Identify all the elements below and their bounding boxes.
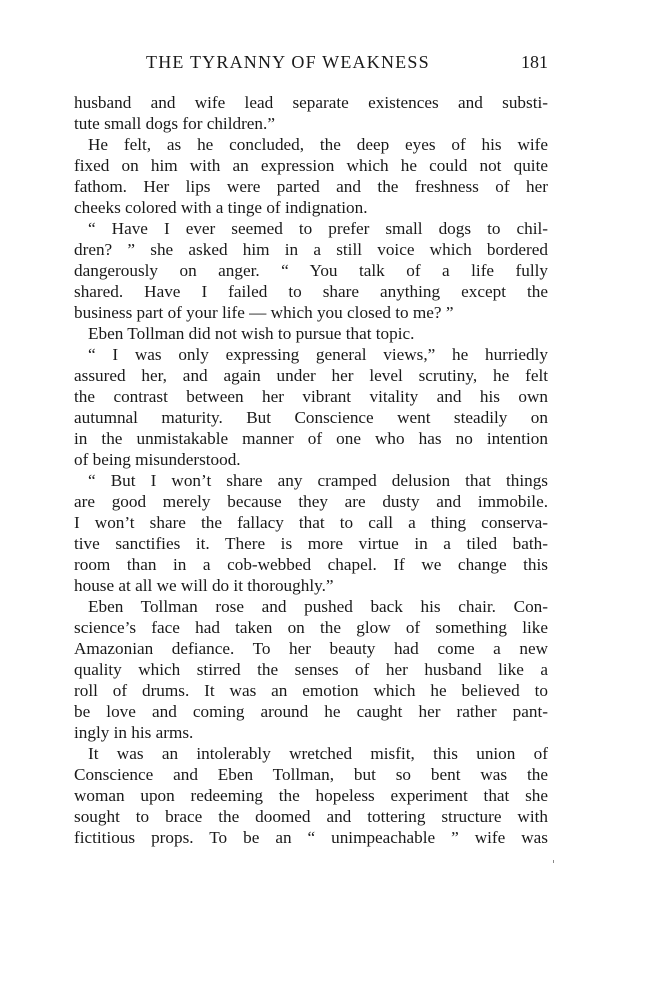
text-line: assured her, and again under her level s… (74, 365, 548, 386)
text-line: room than in a cob-webbed chapel. If we … (74, 554, 548, 575)
text-line: cheeks colored with a tinge of indignati… (74, 197, 548, 218)
page-header: THE TYRANNY OF WEAKNESS 181 (74, 52, 548, 76)
text-line: house at all we will do it thoroughly.” (74, 575, 548, 596)
text-line: “ But I won’t share any cramped delusion… (74, 470, 548, 491)
text-line: “ Have I ever seemed to prefer small dog… (74, 218, 548, 239)
text-line: It was an intolerably wretched misfit, t… (74, 743, 548, 764)
text-line: Eben Tollman did not wish to pursue that… (74, 323, 548, 344)
text-line: science’s face had taken on the glow of … (74, 617, 548, 638)
text-line: quality which stirred the senses of her … (74, 659, 548, 680)
text-line: I won’t share the fallacy that to call a… (74, 512, 548, 533)
text-line: dren? ” she asked him in a still voice w… (74, 239, 548, 260)
book-page: THE TYRANNY OF WEAKNESS 181 husband and … (0, 0, 664, 1000)
text-line: Eben Tollman rose and pushed back his ch… (74, 596, 548, 617)
text-line: tive sanctifies it. There is more virtue… (74, 533, 548, 554)
text-line: fathom. Her lips were parted and the fre… (74, 176, 548, 197)
scan-speck (553, 860, 554, 863)
text-line: business part of your life — which you c… (74, 302, 548, 323)
text-line: ingly in his arms. (74, 722, 548, 743)
text-line: “ I was only expressing general views,” … (74, 344, 548, 365)
text-line: husband and wife lead separate existence… (74, 92, 548, 113)
text-line: shared. Have I failed to share anything … (74, 281, 548, 302)
text-line: woman upon redeeming the hopeless experi… (74, 785, 548, 806)
text-line: in the unmistakable manner of one who ha… (74, 428, 548, 449)
text-line: sought to brace the doomed and tottering… (74, 806, 548, 827)
text-line: fixed on him with an expression which he… (74, 155, 548, 176)
text-line: fictitious props. To be an “ unimpeachab… (74, 827, 548, 848)
text-line: autumnal maturity. But Conscience went s… (74, 407, 548, 428)
text-line: the contrast between her vibrant vitalit… (74, 386, 548, 407)
text-line: are good merely because they are dusty a… (74, 491, 548, 512)
page-number: 181 (521, 52, 548, 73)
text-line: Conscience and Eben Tollman, but so bent… (74, 764, 548, 785)
body-text: husband and wife lead separate existence… (74, 92, 548, 848)
text-line: roll of drums. It was an emotion which h… (74, 680, 548, 701)
text-line: He felt, as he concluded, the deep eyes … (74, 134, 548, 155)
text-line: be love and coming around he caught her … (74, 701, 548, 722)
text-line: Amazonian defiance. To her beauty had co… (74, 638, 548, 659)
text-line: of being misunderstood. (74, 449, 548, 470)
running-title: THE TYRANNY OF WEAKNESS (146, 52, 430, 73)
text-line: tute small dogs for children.” (74, 113, 548, 134)
text-line: dangerously on anger. “ You talk of a li… (74, 260, 548, 281)
